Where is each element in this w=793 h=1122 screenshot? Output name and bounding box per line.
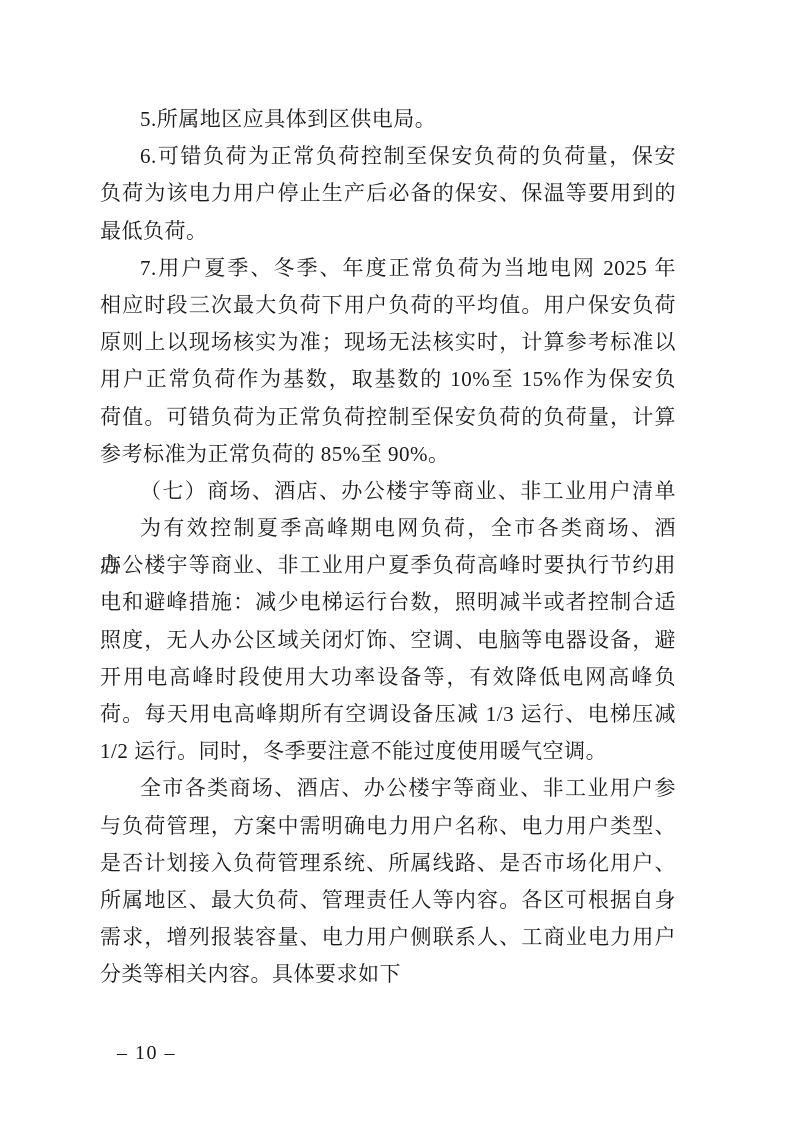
document-body: 5.所属地区应具体到区供电局。6.可错负荷为正常负荷控制至保安负荷的负荷量，保安… [100,101,676,994]
text-line: 所属地区、最大负荷、管理责任人等内容。各区可根据自身 [100,882,676,919]
text-line: 负荷为该电力用户停止生产后必备的保安、保温等要用到的 [100,175,676,212]
text-line: 7.用户夏季、冬季、年度正常负荷为当地电网 2025 年 [100,250,676,287]
text-line: 开用电高峰时段使用大功率设备等，有效降低电网高峰负 [100,659,676,696]
text-line: 照度，无人办公区域关闭灯饰、空调、电脑等电器设备，避 [100,622,676,659]
text-line: 电和避峰措施：减少电梯运行台数，照明减半或者控制合适 [100,584,676,621]
text-line: 全市各类商场、酒店、办公楼宇等商业、非工业用户参 [100,770,676,807]
text-line: 为有效控制夏季高峰期电网负荷，全市各类商场、酒店、 [100,510,676,547]
text-line: 相应时段三次最大负荷下用户负荷的平均值。用户保安负荷 [100,287,676,324]
text-line: 是否计划接入负荷管理系统、所属线路、是否市场化用户、 [100,845,676,882]
text-line: 荷值。可错负荷为正常负荷控制至保安负荷的负荷量，计算 [100,399,676,436]
text-line: 荷。每天用电高峰期所有空调设备压减 1/3 运行、电梯压减 [100,696,676,733]
text-line: 分类等相关内容。具体要求如下 [100,956,676,993]
section-heading: （七）商场、酒店、办公楼宇等商业、非工业用户清单 [100,473,676,510]
text-line: 用户正常负荷作为基数，取基数的 10%至 15%作为保安负 [100,361,676,398]
text-line: 6.可错负荷为正常负荷控制至保安负荷的负荷量，保安 [100,138,676,175]
document-page: 5.所属地区应具体到区供电局。6.可错负荷为正常负荷控制至保安负荷的负荷量，保安… [0,0,793,1122]
text-line: 参考标准为正常负荷的 85%至 90%。 [100,436,676,473]
text-line: 5.所属地区应具体到区供电局。 [100,101,676,138]
text-line: 1/2 运行。同时，冬季要注意不能过度使用暖气空调。 [100,733,676,770]
text-line: 原则上以现场核实为准；现场无法核实时，计算参考标准以 [100,324,676,361]
text-line: 与负荷管理，方案中需明确电力用户名称、电力用户类型、 [100,808,676,845]
text-line: 需求，增列报装容量、电力用户侧联系人、工商业电力用户 [100,919,676,956]
text-line: 办公楼宇等商业、非工业用户夏季负荷高峰时要执行节约用 [100,547,676,584]
page-number: – 10 – [117,1040,176,1066]
text-line: 最低负荷。 [100,213,676,250]
